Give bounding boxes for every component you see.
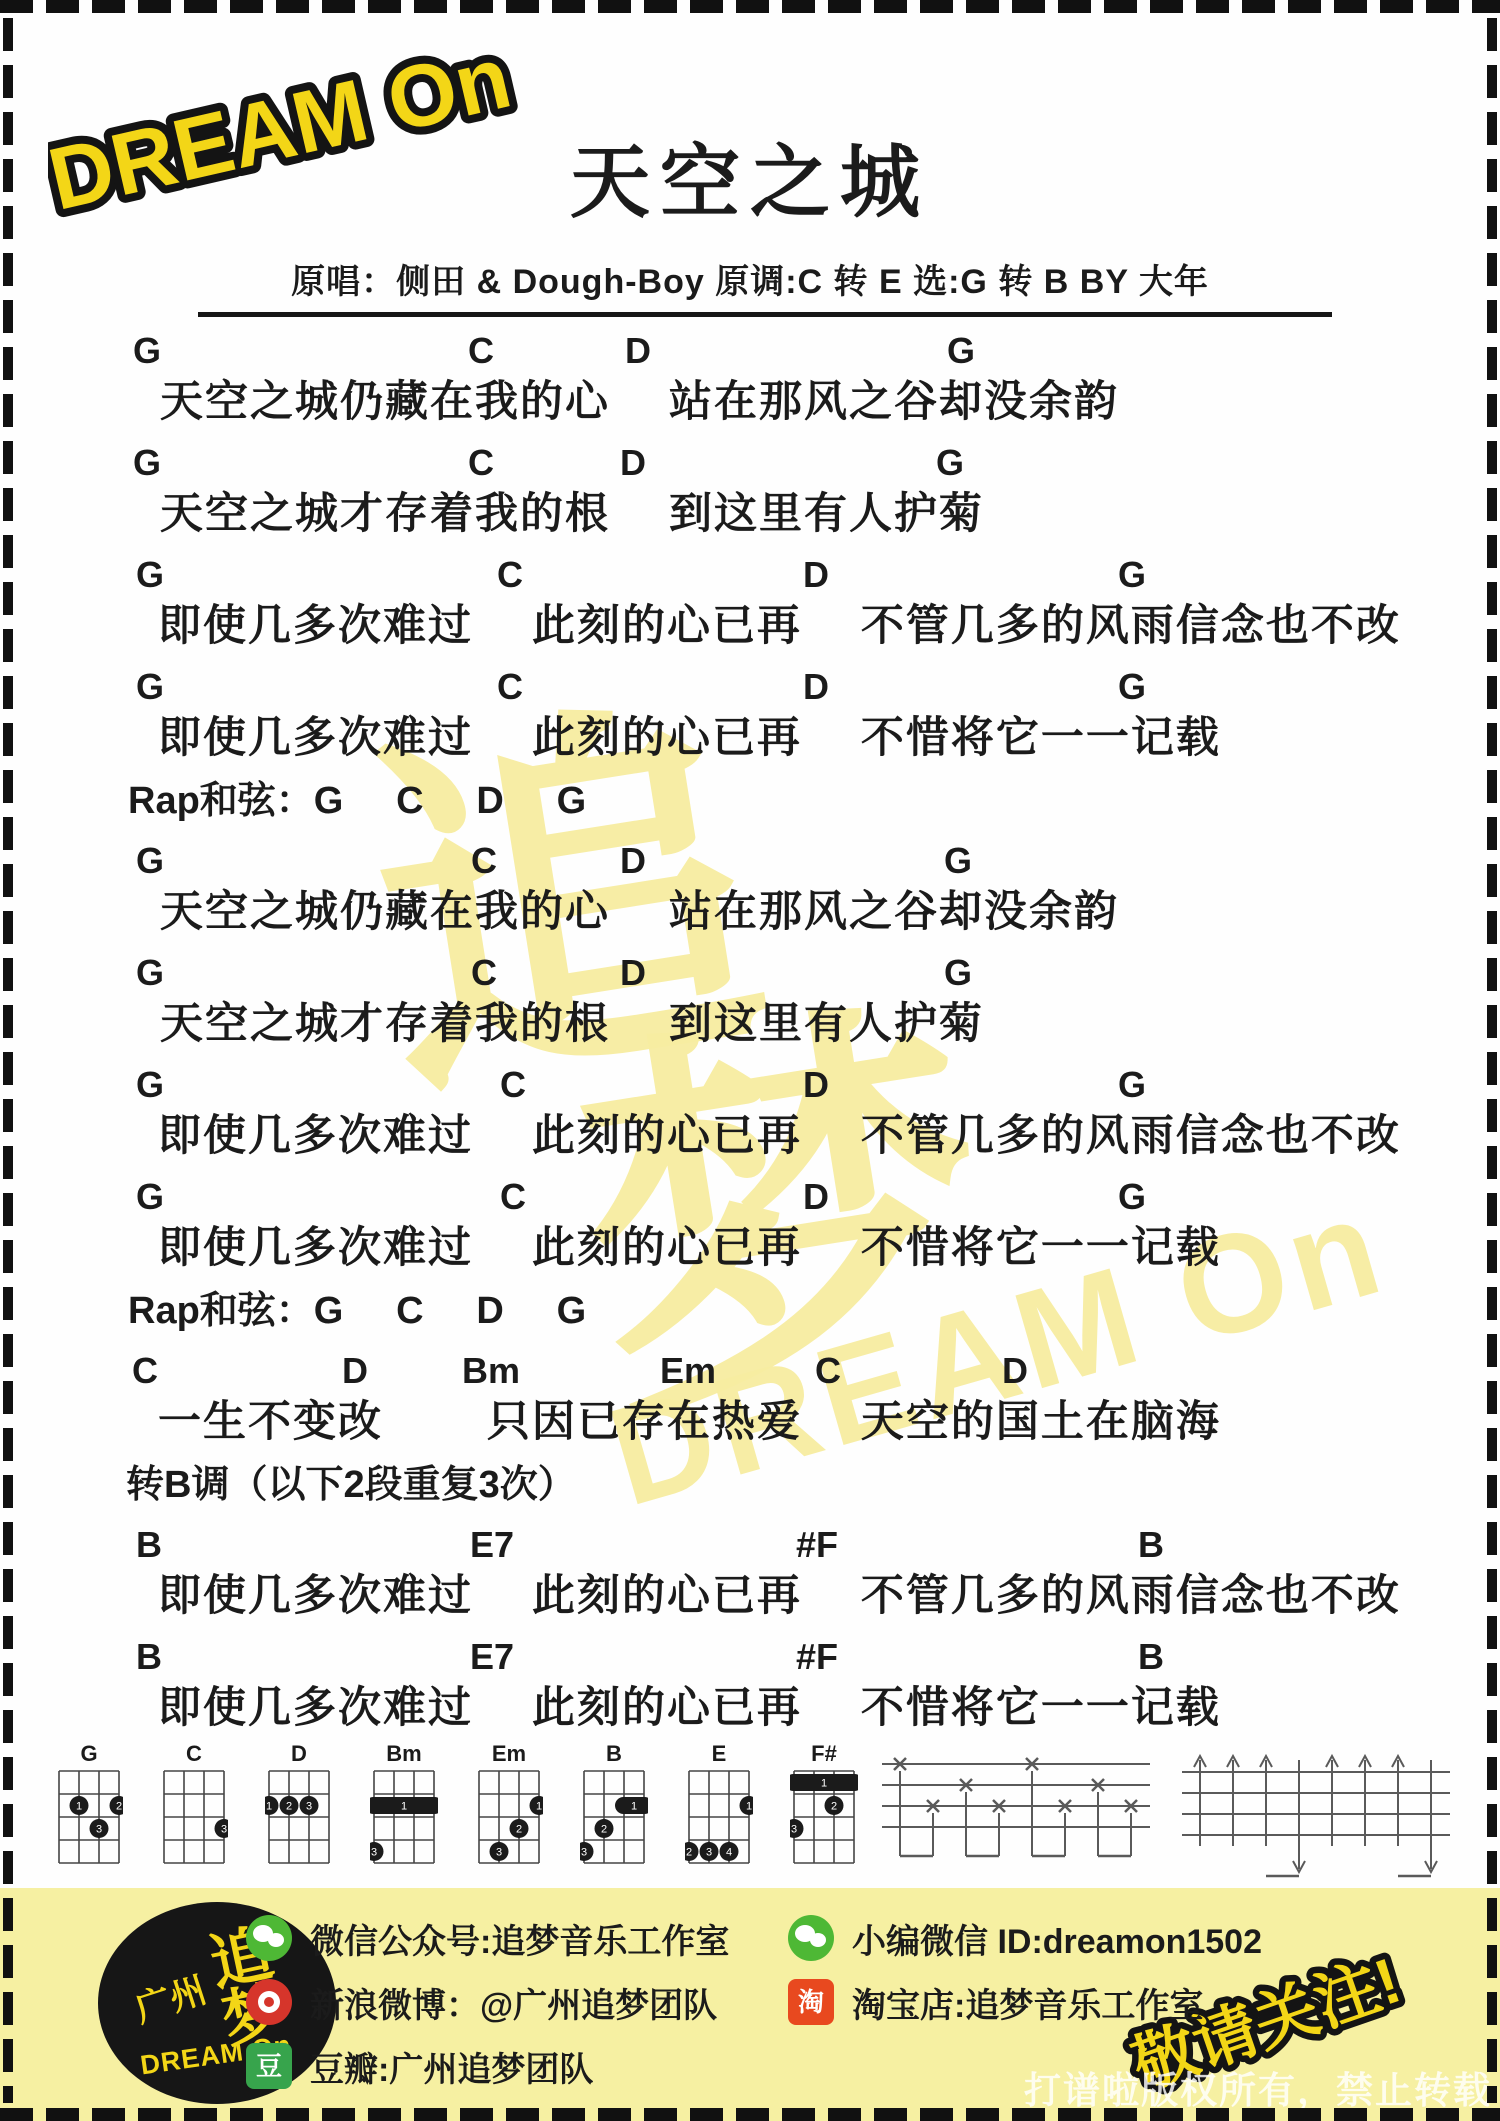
svg-text:3: 3: [306, 1801, 312, 1813]
chord-label: #F: [796, 1636, 838, 1678]
chord-label: G: [133, 442, 161, 484]
chord-label: G: [136, 666, 164, 708]
chord-label: C: [500, 1064, 526, 1106]
chord-row: GCDG: [0, 1064, 1500, 1110]
footer-logo-city: 广州: [128, 1962, 212, 2033]
lyric-line: 一生不变改 只因已存在热爱 天空的国土在脑海: [0, 1396, 1500, 1462]
contact-text: 豆瓣:广州追梦团队: [310, 2042, 593, 2091]
chord-diagram-label: D: [265, 1742, 333, 1768]
chord-label: G: [133, 330, 161, 372]
chord-row: GCDG: [0, 1176, 1500, 1222]
dashed-border-right: [1487, 18, 1497, 2103]
chord-diagram-e: E2341: [685, 1742, 753, 1869]
svg-text:2: 2: [601, 1824, 607, 1836]
copyright-watermark: 打谱啦版权所有，禁止转载: [1024, 2060, 1492, 2114]
chord-label: D: [620, 442, 646, 484]
chord-label: C: [468, 442, 494, 484]
lyric-line: 即使几多次难过 此刻的心已再 不惜将它一一记载: [0, 1682, 1500, 1748]
title-divider: [198, 312, 1332, 317]
strum-pattern-2: [1180, 1752, 1452, 1887]
chord-label: C: [497, 666, 523, 708]
contact-item-douban: 豆豆瓣:广州追梦团队: [246, 2040, 593, 2092]
brand-logo: DREAM On: [48, 28, 518, 263]
contact-item-weibo: 新浪微博：@广州追梦团队: [246, 1976, 717, 2028]
chord-label: G: [136, 554, 164, 596]
dashed-border-top: [0, 0, 1500, 13]
svg-text:2: 2: [116, 1801, 122, 1813]
chord-label: C: [132, 1350, 158, 1392]
chord-row: BE7#FB: [0, 1636, 1500, 1682]
contact-text: 新浪微博：@广州追梦团队: [310, 1978, 717, 2027]
chord-diagram-label: G: [55, 1742, 123, 1768]
chord-label: C: [471, 952, 497, 994]
chord-label: Em: [660, 1350, 716, 1392]
chord-label: B: [136, 1636, 162, 1678]
contact-item-taobao: 淘淘宝店:追梦音乐工作室: [788, 1976, 1203, 2028]
chord-label: C: [815, 1350, 841, 1392]
svg-text:3: 3: [96, 1824, 102, 1836]
chord-label: E7: [470, 1524, 514, 1566]
chord-label: B: [1138, 1524, 1164, 1566]
chord-label: D: [342, 1350, 368, 1392]
weibo-icon: [246, 1979, 292, 2025]
chord-diagram-label: Bm: [370, 1742, 438, 1768]
chord-label: D: [803, 554, 829, 596]
chord-diagram-f#: F#132: [790, 1742, 858, 1869]
chord-label: G: [944, 952, 972, 994]
svg-text:3: 3: [791, 1824, 797, 1836]
chord-label: D: [620, 840, 646, 882]
chord-label: G: [1118, 1064, 1146, 1106]
chord-label: D: [803, 666, 829, 708]
rap-line: Rap和弦：G C D G: [0, 778, 1500, 840]
chord-label: B: [1138, 1636, 1164, 1678]
svg-text:1: 1: [631, 1801, 637, 1813]
svg-text:1: 1: [821, 1778, 827, 1790]
note-line: 转B调（以下2段重复3次）: [0, 1462, 1500, 1524]
dashed-border-bottom: [0, 2108, 1500, 2121]
chord-label: C: [497, 554, 523, 596]
contact-item-wechat: 小编微信 ID:dreamon1502: [788, 1912, 1262, 1964]
wechat-icon: [246, 1915, 292, 1961]
rap-line: Rap和弦：G C D G: [0, 1288, 1500, 1350]
contact-text: 微信公众号:追梦音乐工作室: [310, 1914, 729, 1963]
lyric-line: 天空之城才存着我的根 到这里有人护菊: [0, 998, 1500, 1064]
contact-text: 小编微信 ID:dreamon1502: [852, 1914, 1262, 1963]
chord-diagram-label: C: [160, 1742, 228, 1768]
svg-text:1: 1: [746, 1801, 752, 1813]
chord-row: CDBmEmCD: [0, 1350, 1500, 1396]
chord-label: C: [500, 1176, 526, 1218]
svg-text:3: 3: [371, 1847, 377, 1859]
chord-diagram-strip: G132C3D123Bm13Em321B132E2341F#132: [55, 1742, 895, 1869]
song-lines: GCDG天空之城仍藏在我的心 站在那风之谷却没余韵GCDG天空之城才存着我的根 …: [0, 330, 1500, 1748]
lyric-line: 即使几多次难过 此刻的心已再 不管几多的风雨信念也不改: [0, 1110, 1500, 1176]
svg-text:3: 3: [496, 1847, 502, 1859]
svg-text:2: 2: [686, 1847, 692, 1859]
lyric-line: 天空之城仍藏在我的心 站在那风之谷却没余韵: [0, 376, 1500, 442]
footer: 广州 追梦 DREAM On 敬请关注! 打谱啦版权所有，禁止转载 微信公众号:…: [0, 1888, 1500, 2121]
contact-text: 淘宝店:追梦音乐工作室: [852, 1978, 1203, 2027]
lyric-line: 即使几多次难过 此刻的心已再 不管几多的风雨信念也不改: [0, 600, 1500, 666]
svg-text:2: 2: [831, 1801, 837, 1813]
chord-diagram-em: Em321: [475, 1742, 543, 1869]
douban-icon: 豆: [246, 2043, 292, 2089]
chord-label: G: [944, 840, 972, 882]
chord-label: G: [136, 952, 164, 994]
svg-text:3: 3: [706, 1847, 712, 1859]
wechat-icon: [788, 1915, 834, 1961]
svg-text:2: 2: [516, 1824, 522, 1836]
chord-label: D: [803, 1064, 829, 1106]
chord-label: D: [620, 952, 646, 994]
chord-row: GCDG: [0, 952, 1500, 998]
chord-label: E7: [470, 1636, 514, 1678]
chord-label: D: [803, 1176, 829, 1218]
chord-label: G: [936, 442, 964, 484]
chord-label: C: [471, 840, 497, 882]
chord-row: GCDG: [0, 442, 1500, 488]
chord-label: G: [136, 840, 164, 882]
svg-text:1: 1: [536, 1801, 542, 1813]
chord-diagram-label: E: [685, 1742, 753, 1768]
chord-row: GCDG: [0, 554, 1500, 600]
lyric-line: 天空之城才存着我的根 到这里有人护菊: [0, 488, 1500, 554]
taobao-icon: 淘: [788, 1979, 834, 2025]
chord-label: G: [136, 1064, 164, 1106]
svg-text:4: 4: [726, 1847, 732, 1859]
lyric-line: 即使几多次难过 此刻的心已再 不惜将它一一记载: [0, 1222, 1500, 1288]
chord-label: G: [1118, 666, 1146, 708]
chord-label: B: [136, 1524, 162, 1566]
svg-text:1: 1: [401, 1801, 407, 1813]
chord-diagram-d: D123: [265, 1742, 333, 1869]
dashed-border-left: [3, 18, 13, 2103]
chord-row: BE7#FB: [0, 1524, 1500, 1570]
chord-label: D: [625, 330, 651, 372]
chord-row: GCDG: [0, 840, 1500, 886]
strum-pattern-1: [880, 1752, 1152, 1887]
chord-row: GCDG: [0, 666, 1500, 712]
chord-label: G: [136, 1176, 164, 1218]
chord-diagram-label: Em: [475, 1742, 543, 1768]
chord-label: #F: [796, 1524, 838, 1566]
lyric-line: 即使几多次难过 此刻的心已再 不惜将它一一记载: [0, 712, 1500, 778]
chord-label: G: [947, 330, 975, 372]
svg-text:2: 2: [286, 1801, 292, 1813]
lyric-line: 即使几多次难过 此刻的心已再 不管几多的风雨信念也不改: [0, 1570, 1500, 1636]
svg-text:1: 1: [76, 1801, 82, 1813]
chord-label: G: [1118, 1176, 1146, 1218]
svg-text:1: 1: [266, 1801, 272, 1813]
chord-label: G: [1118, 554, 1146, 596]
lyric-line: 天空之城仍藏在我的心 站在那风之谷却没余韵: [0, 886, 1500, 952]
chord-diagram-b: B132: [580, 1742, 648, 1869]
chord-label: Bm: [462, 1350, 520, 1392]
svg-text:3: 3: [221, 1824, 227, 1836]
chord-label: C: [468, 330, 494, 372]
chord-diagram-label: B: [580, 1742, 648, 1768]
brand-logo-text: DREAM On: [48, 28, 518, 229]
chord-diagram-bm: Bm13: [370, 1742, 438, 1869]
contact-item-wechat: 微信公众号:追梦音乐工作室: [246, 1912, 729, 1964]
svg-text:3: 3: [581, 1847, 587, 1859]
chord-diagram-c: C3: [160, 1742, 228, 1869]
chord-label: D: [1002, 1350, 1028, 1392]
chord-diagram-g: G132: [55, 1742, 123, 1869]
chord-row: GCDG: [0, 330, 1500, 376]
chord-sheet-page: 追 梦 DREAM On DREAM On 天空之城 原唱：侧田 & Dough…: [0, 0, 1500, 2121]
chord-diagram-label: F#: [790, 1742, 858, 1768]
